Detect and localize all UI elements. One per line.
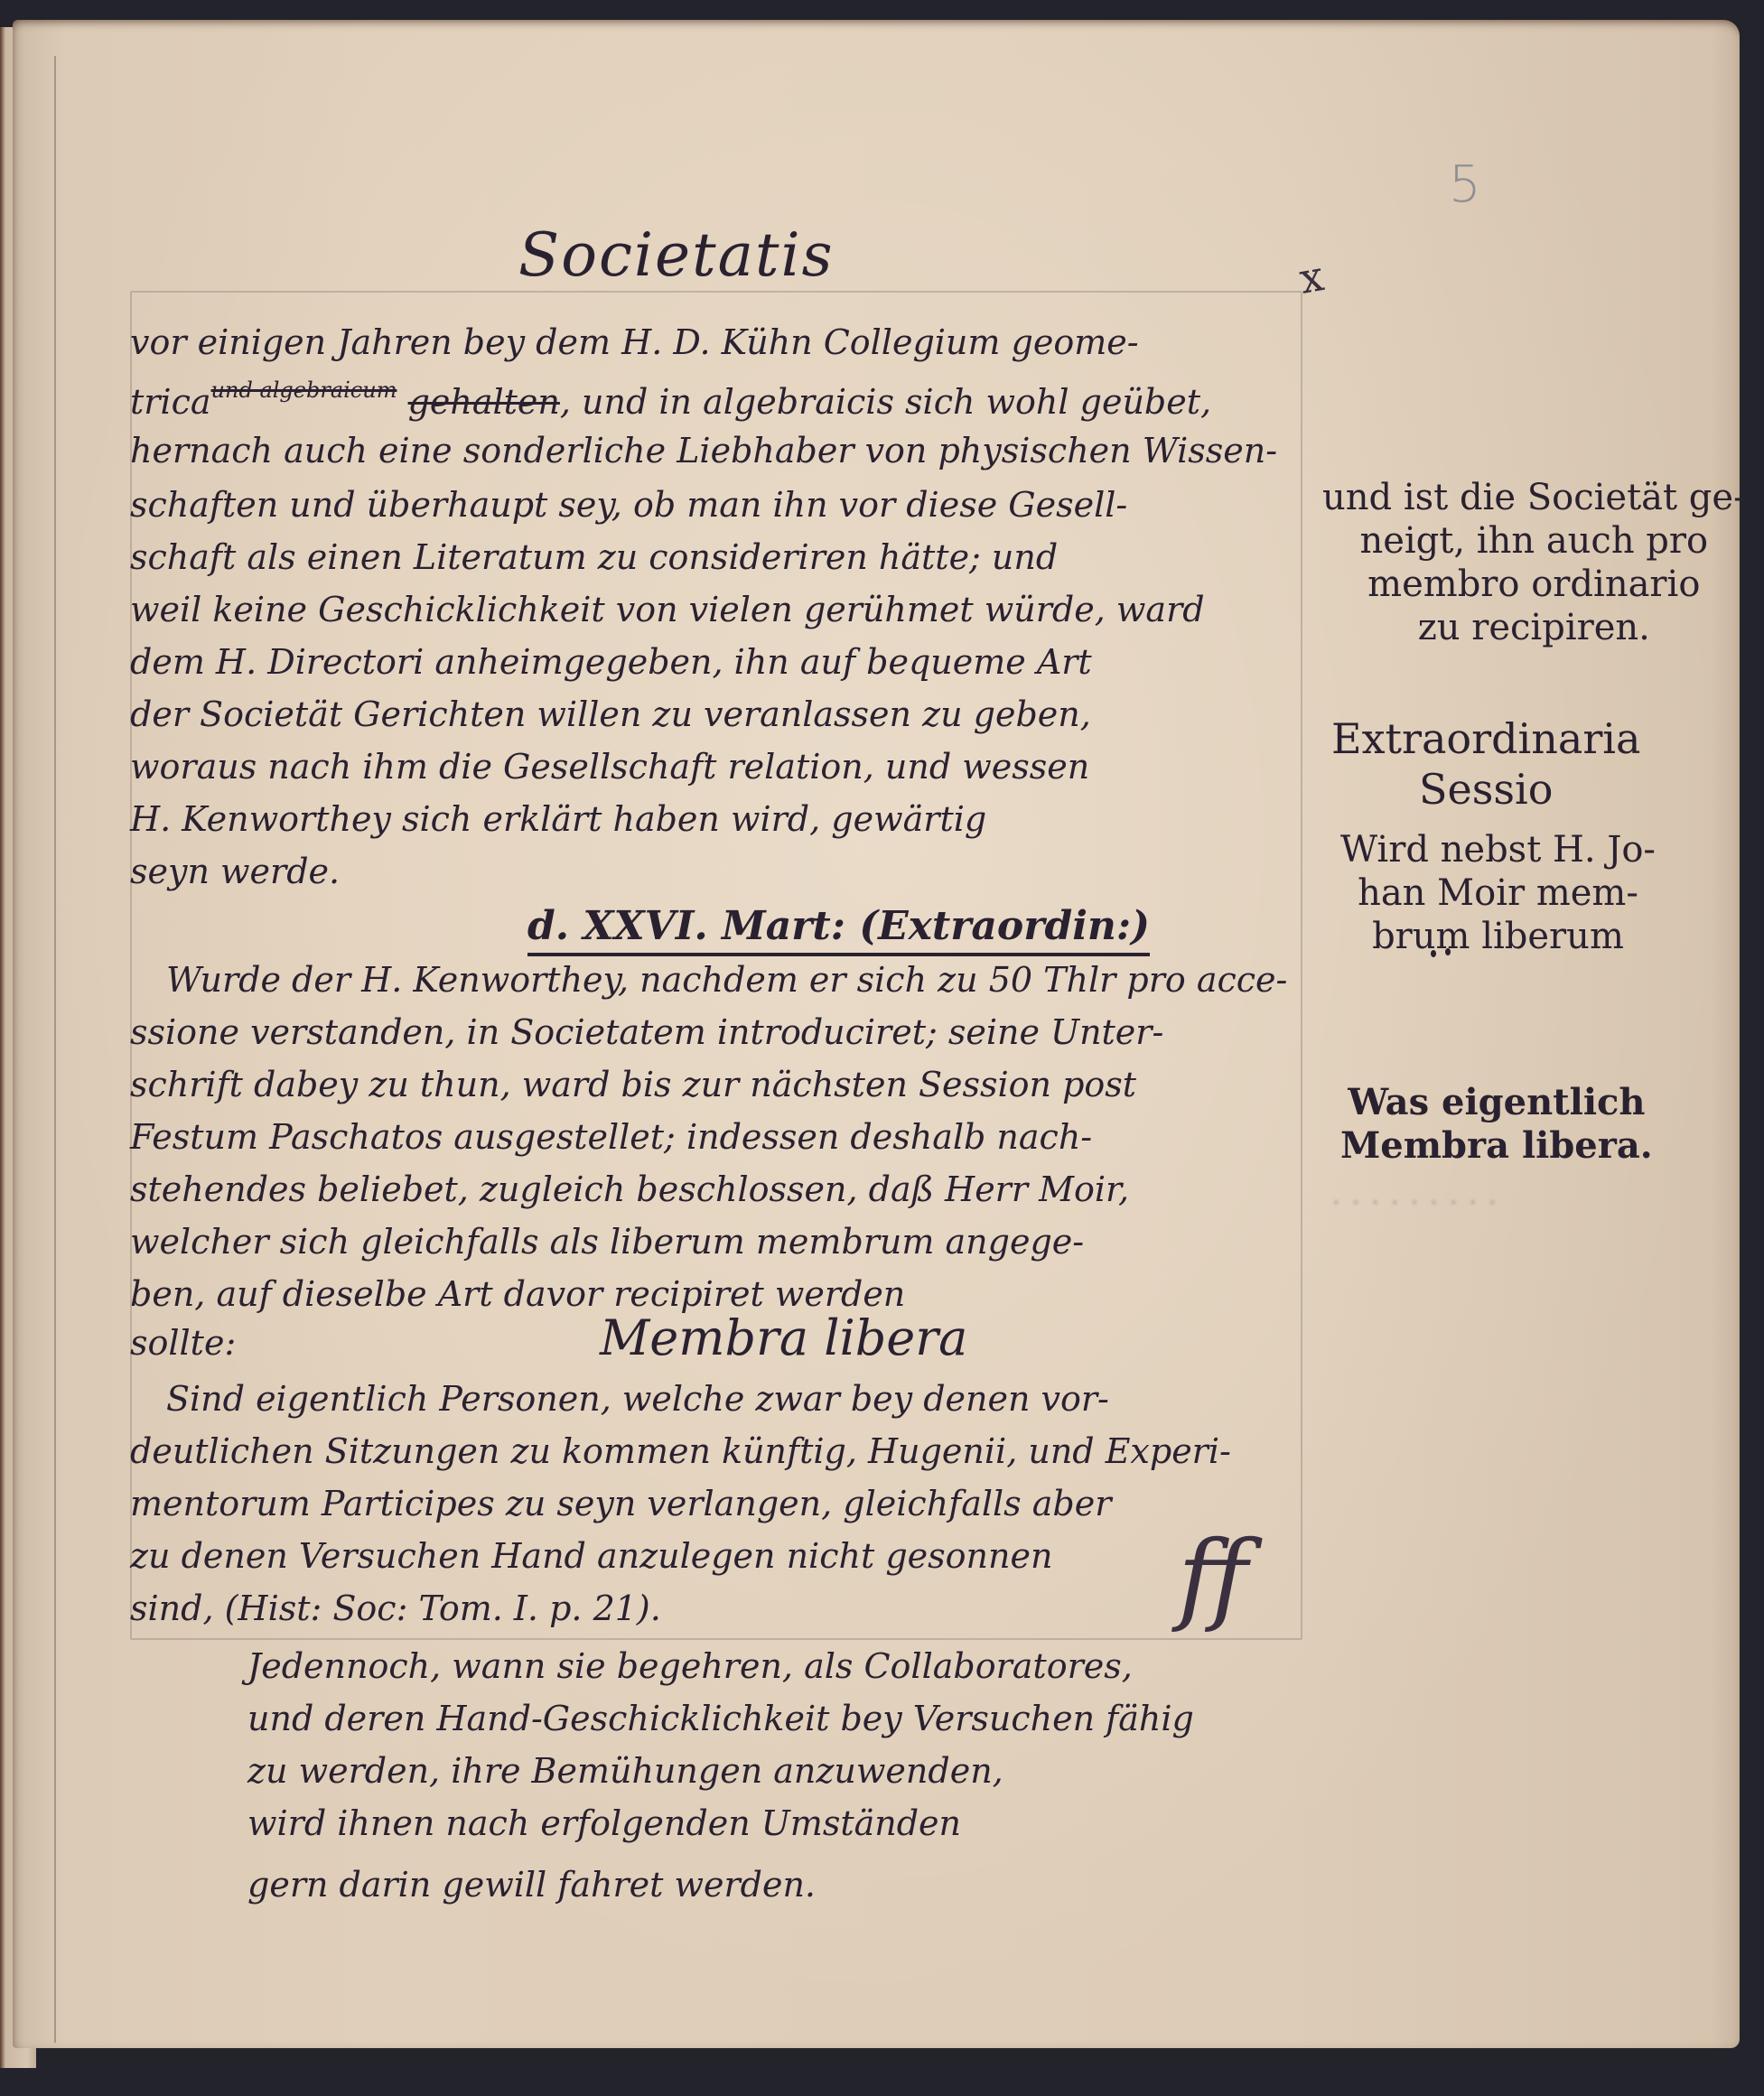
- struck-word: gehalten: [408, 382, 560, 422]
- text-line: H. Kenworthey sich erklärt haben wird, g…: [130, 802, 986, 836]
- margin-note-reception: und ist die Societät ge- neigt, ihn auch…: [1322, 476, 1746, 649]
- margin-note-moir: Wird nebst H. Jo- han Moir mem- brum lib…: [1340, 828, 1656, 958]
- text-line: hernach auch eine sonderliche Liebhaber …: [130, 433, 1277, 468]
- section-title-membra-libera: Membra libera: [600, 1309, 967, 1366]
- text-line: ben, auf dieselbe Art davor recipiret we…: [130, 1277, 905, 1311]
- text-line: schaften und überhaupt sey, ob man ihn v…: [130, 488, 1127, 522]
- text-line: welcher sich gleichfalls als liberum mem…: [130, 1225, 1084, 1259]
- text-line: woraus nach ihm die Gesellschaft relatio…: [130, 750, 1089, 784]
- ink-blot: [1431, 950, 1436, 957]
- ink-blot: [1445, 948, 1451, 955]
- struck-insertion: und algebraicum: [211, 377, 397, 403]
- text-line: sind, (Hist: Soc: Tom. I. p. 21).: [130, 1591, 661, 1626]
- binding-line: [54, 56, 56, 2043]
- text-line: wird ihnen nach erfolgenden Umständen: [247, 1806, 961, 1840]
- text-line: zu werden, ihre Bemühungen anzuwenden,: [247, 1754, 1003, 1788]
- text-line: ssione verstanden, in Societatem introdu…: [130, 1015, 1163, 1049]
- text-line: Festum Paschatos ausgestellet; indessen …: [130, 1120, 1092, 1154]
- text-fragment: , und in algebraicis sich wohl geübet,: [560, 382, 1211, 422]
- bleed-through-text: ​· · · · · · · · ·: [1331, 1185, 1498, 1221]
- text-line: der Societät Gerichten willen zu veranla…: [130, 697, 1091, 731]
- text-line: zu denen Versuchen Hand anzulegen nicht …: [130, 1539, 1052, 1573]
- text-line: gern darin gewill fahret werden.: [247, 1868, 816, 1902]
- text-line: Wurde der H. Kenworthey, nachdem er sich…: [166, 963, 1287, 997]
- text-line: Sind eigentlich Personen, welche zwar be…: [166, 1382, 1109, 1416]
- text-line: deutlichen Sitzungen zu kommen künftig, …: [130, 1434, 1231, 1468]
- paraph-flourish: ff: [1178, 1519, 1248, 1635]
- page-heading: Societatis: [518, 220, 834, 290]
- text-line: stehendes beliebet, zugleich beschlossen…: [130, 1172, 1129, 1206]
- text-line: seyn werde.: [130, 854, 340, 889]
- text-line: Jedennoch, wann sie begehren, als Collab…: [247, 1649, 1133, 1683]
- text-fragment: trica: [130, 382, 211, 422]
- manuscript-scan: 5 x Societatis vor einigen Jahren bey de…: [0, 0, 1764, 2096]
- text-line: weil keine Geschicklichkeit von vielen g…: [130, 592, 1205, 627]
- text-line: schrift dabey zu thun, ward bis zur näch…: [130, 1067, 1136, 1102]
- text-line: sollte:: [130, 1326, 236, 1360]
- margin-note-membra-libera: Was eigentlich Membra libera.: [1340, 1081, 1653, 1168]
- text-line: vor einigen Jahren bey dem H. D. Kühn Co…: [130, 325, 1139, 359]
- session-date: d. XXVI. Mart: (Extraordin:): [527, 903, 1150, 949]
- text-line: und deren Hand-Geschicklichkeit bey Vers…: [247, 1701, 1194, 1736]
- manuscript-page: 5 x Societatis vor einigen Jahren bey de…: [13, 20, 1740, 2048]
- text-line: mentorum Participes zu seyn verlangen, g…: [130, 1486, 1111, 1521]
- text-line: tricaund algebraicum gehalten, und in al…: [130, 379, 1211, 419]
- text-line: schaft als einen Literatum zu considerir…: [130, 540, 1058, 574]
- text-line: dem H. Directori anheimgegeben, ihn auf …: [130, 645, 1092, 679]
- folio-number: 5: [1449, 155, 1481, 214]
- margin-note-extraordinaria: Extraordinaria Sessio: [1331, 713, 1640, 815]
